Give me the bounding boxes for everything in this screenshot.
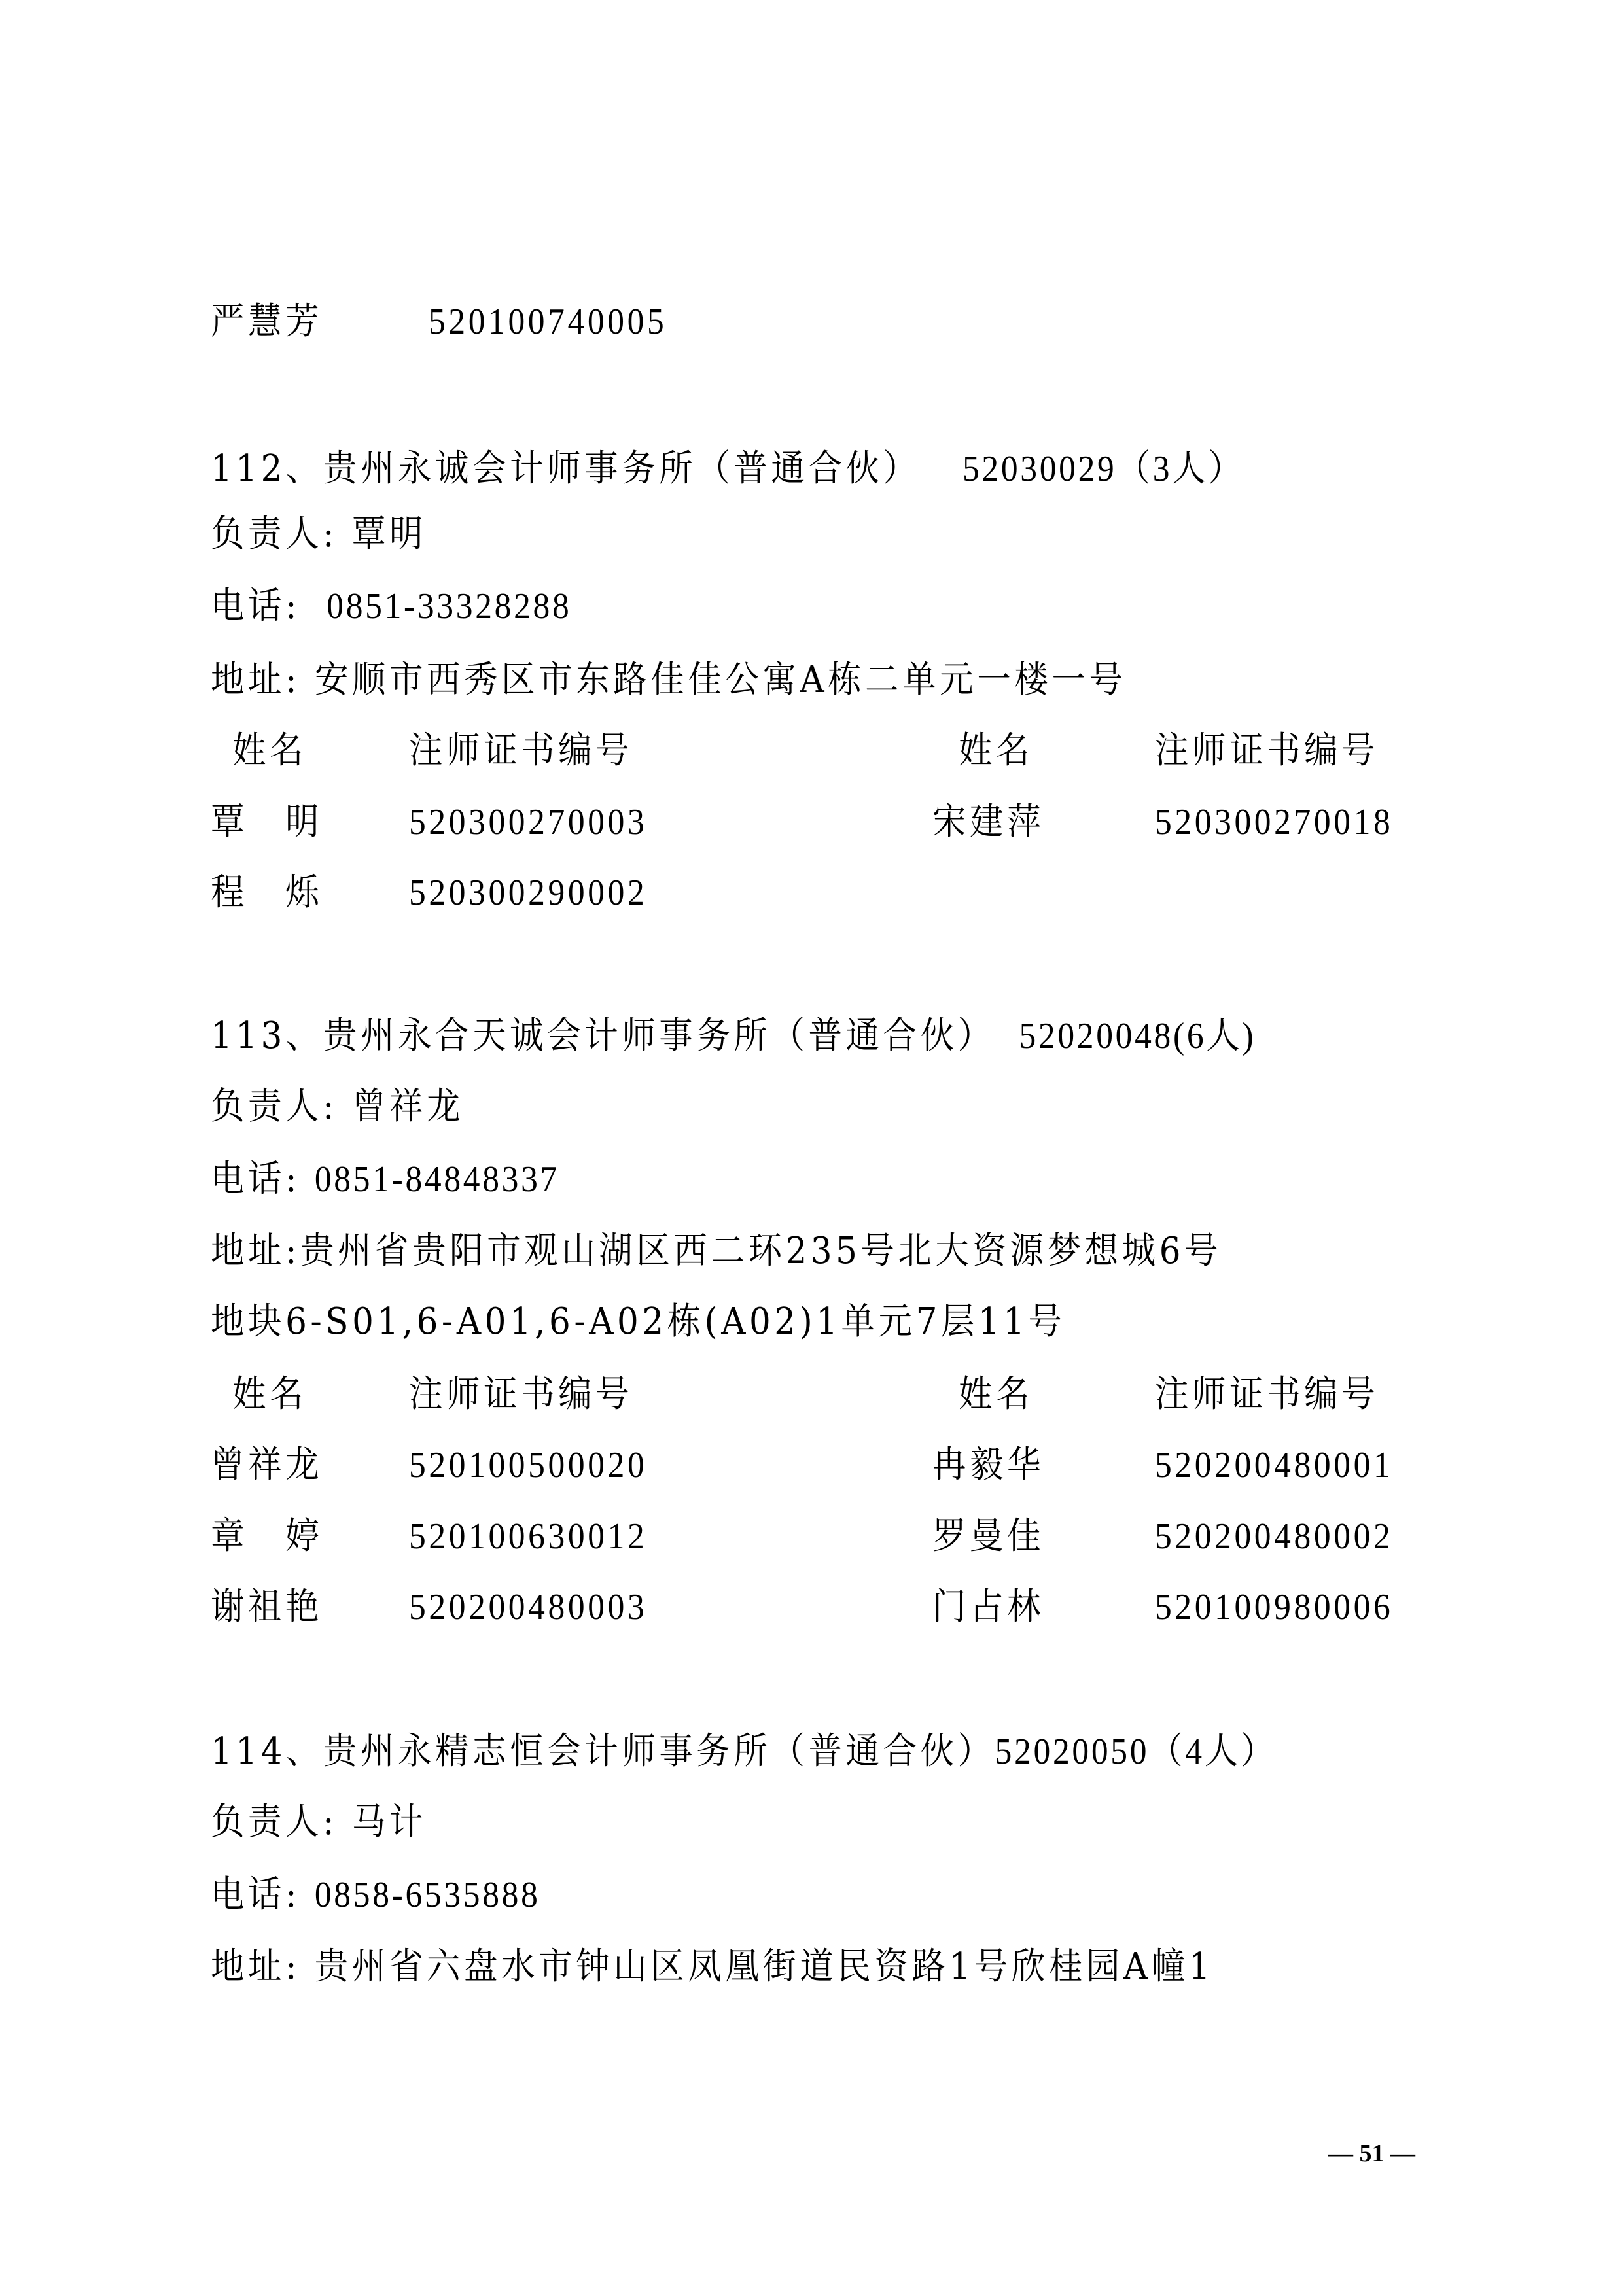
- member-name: 罗曼佳: [932, 1510, 1044, 1563]
- member-cert: 520100980006: [1155, 1581, 1393, 1633]
- firm-address: 地址:贵州省贵阳市观山湖区西二环235号北大资源梦想城6号: [211, 1225, 1222, 1278]
- member-name: 程 烁: [211, 867, 323, 919]
- member-cert: 520200480003: [409, 1581, 647, 1633]
- firm-title: 114、贵州永精志恒会计师事务所（普通合伙）52020050（4人）: [211, 1726, 1277, 1778]
- member-name: 宋建萍: [932, 796, 1044, 848]
- header-name: 姓名: [232, 725, 307, 777]
- firm-phone: 电话: 0851-33328288: [211, 580, 571, 633]
- firm-title: 113、贵州永合天诚会计师事务所（普通合伙）52020048(6人): [211, 1010, 1256, 1062]
- header-cert: 注师证书编号: [1155, 725, 1379, 777]
- header-cert: 注师证书编号: [1155, 1368, 1379, 1421]
- page-number: — 51 —: [1328, 2134, 1415, 2173]
- member-cert: 520100630012: [409, 1510, 647, 1563]
- member-cert: 520200480001: [1155, 1439, 1393, 1491]
- member-cert: 520200480002: [1155, 1510, 1393, 1563]
- firm-address: 地址: 安顺市西秀区市东路佳佳公寓A栋二单元一楼一号: [211, 654, 1126, 706]
- member-name: 严慧芳: [211, 296, 323, 348]
- header-cert: 注师证书编号: [409, 1368, 633, 1421]
- member-cert: 520300270003: [409, 796, 647, 848]
- firm-address: 地址: 贵州省六盘水市钟山区凤凰街道民资路1号欣桂园A幢1: [211, 1941, 1214, 1993]
- member-name: 覃 明: [211, 796, 323, 848]
- member-name: 谢祖艳: [211, 1581, 323, 1633]
- member-cert: 520100500020: [409, 1439, 647, 1491]
- member-name: 冉毅华: [932, 1439, 1044, 1491]
- member-cert: 520100740005: [429, 296, 667, 348]
- header-name: 姓名: [232, 1368, 307, 1421]
- header-name: 姓名: [959, 725, 1033, 777]
- member-name: 门占林: [932, 1581, 1044, 1633]
- firm-address-cont: 地块6-S01,6-A01,6-A02栋(A02)1单元7层11号: [211, 1296, 1066, 1348]
- firm-head: 负责人: 曾祥龙: [211, 1081, 464, 1133]
- firm-head: 负责人: 覃明: [211, 508, 427, 561]
- firm-phone: 电话: 0858-6535888: [211, 1869, 540, 1921]
- member-cert: 520300270018: [1155, 796, 1393, 848]
- header-name: 姓名: [959, 1368, 1033, 1421]
- firm-phone: 电话: 0851-84848337: [211, 1153, 559, 1206]
- header-cert: 注师证书编号: [409, 725, 633, 777]
- member-name: 曾祥龙: [211, 1439, 323, 1491]
- firm-head: 负责人: 马计: [211, 1796, 427, 1849]
- member-cert: 520300290002: [409, 867, 647, 919]
- firm-title: 112、贵州永诚会计师事务所（普通合伙）52030029（3人）: [211, 443, 1244, 495]
- member-name: 章 婷: [211, 1510, 323, 1563]
